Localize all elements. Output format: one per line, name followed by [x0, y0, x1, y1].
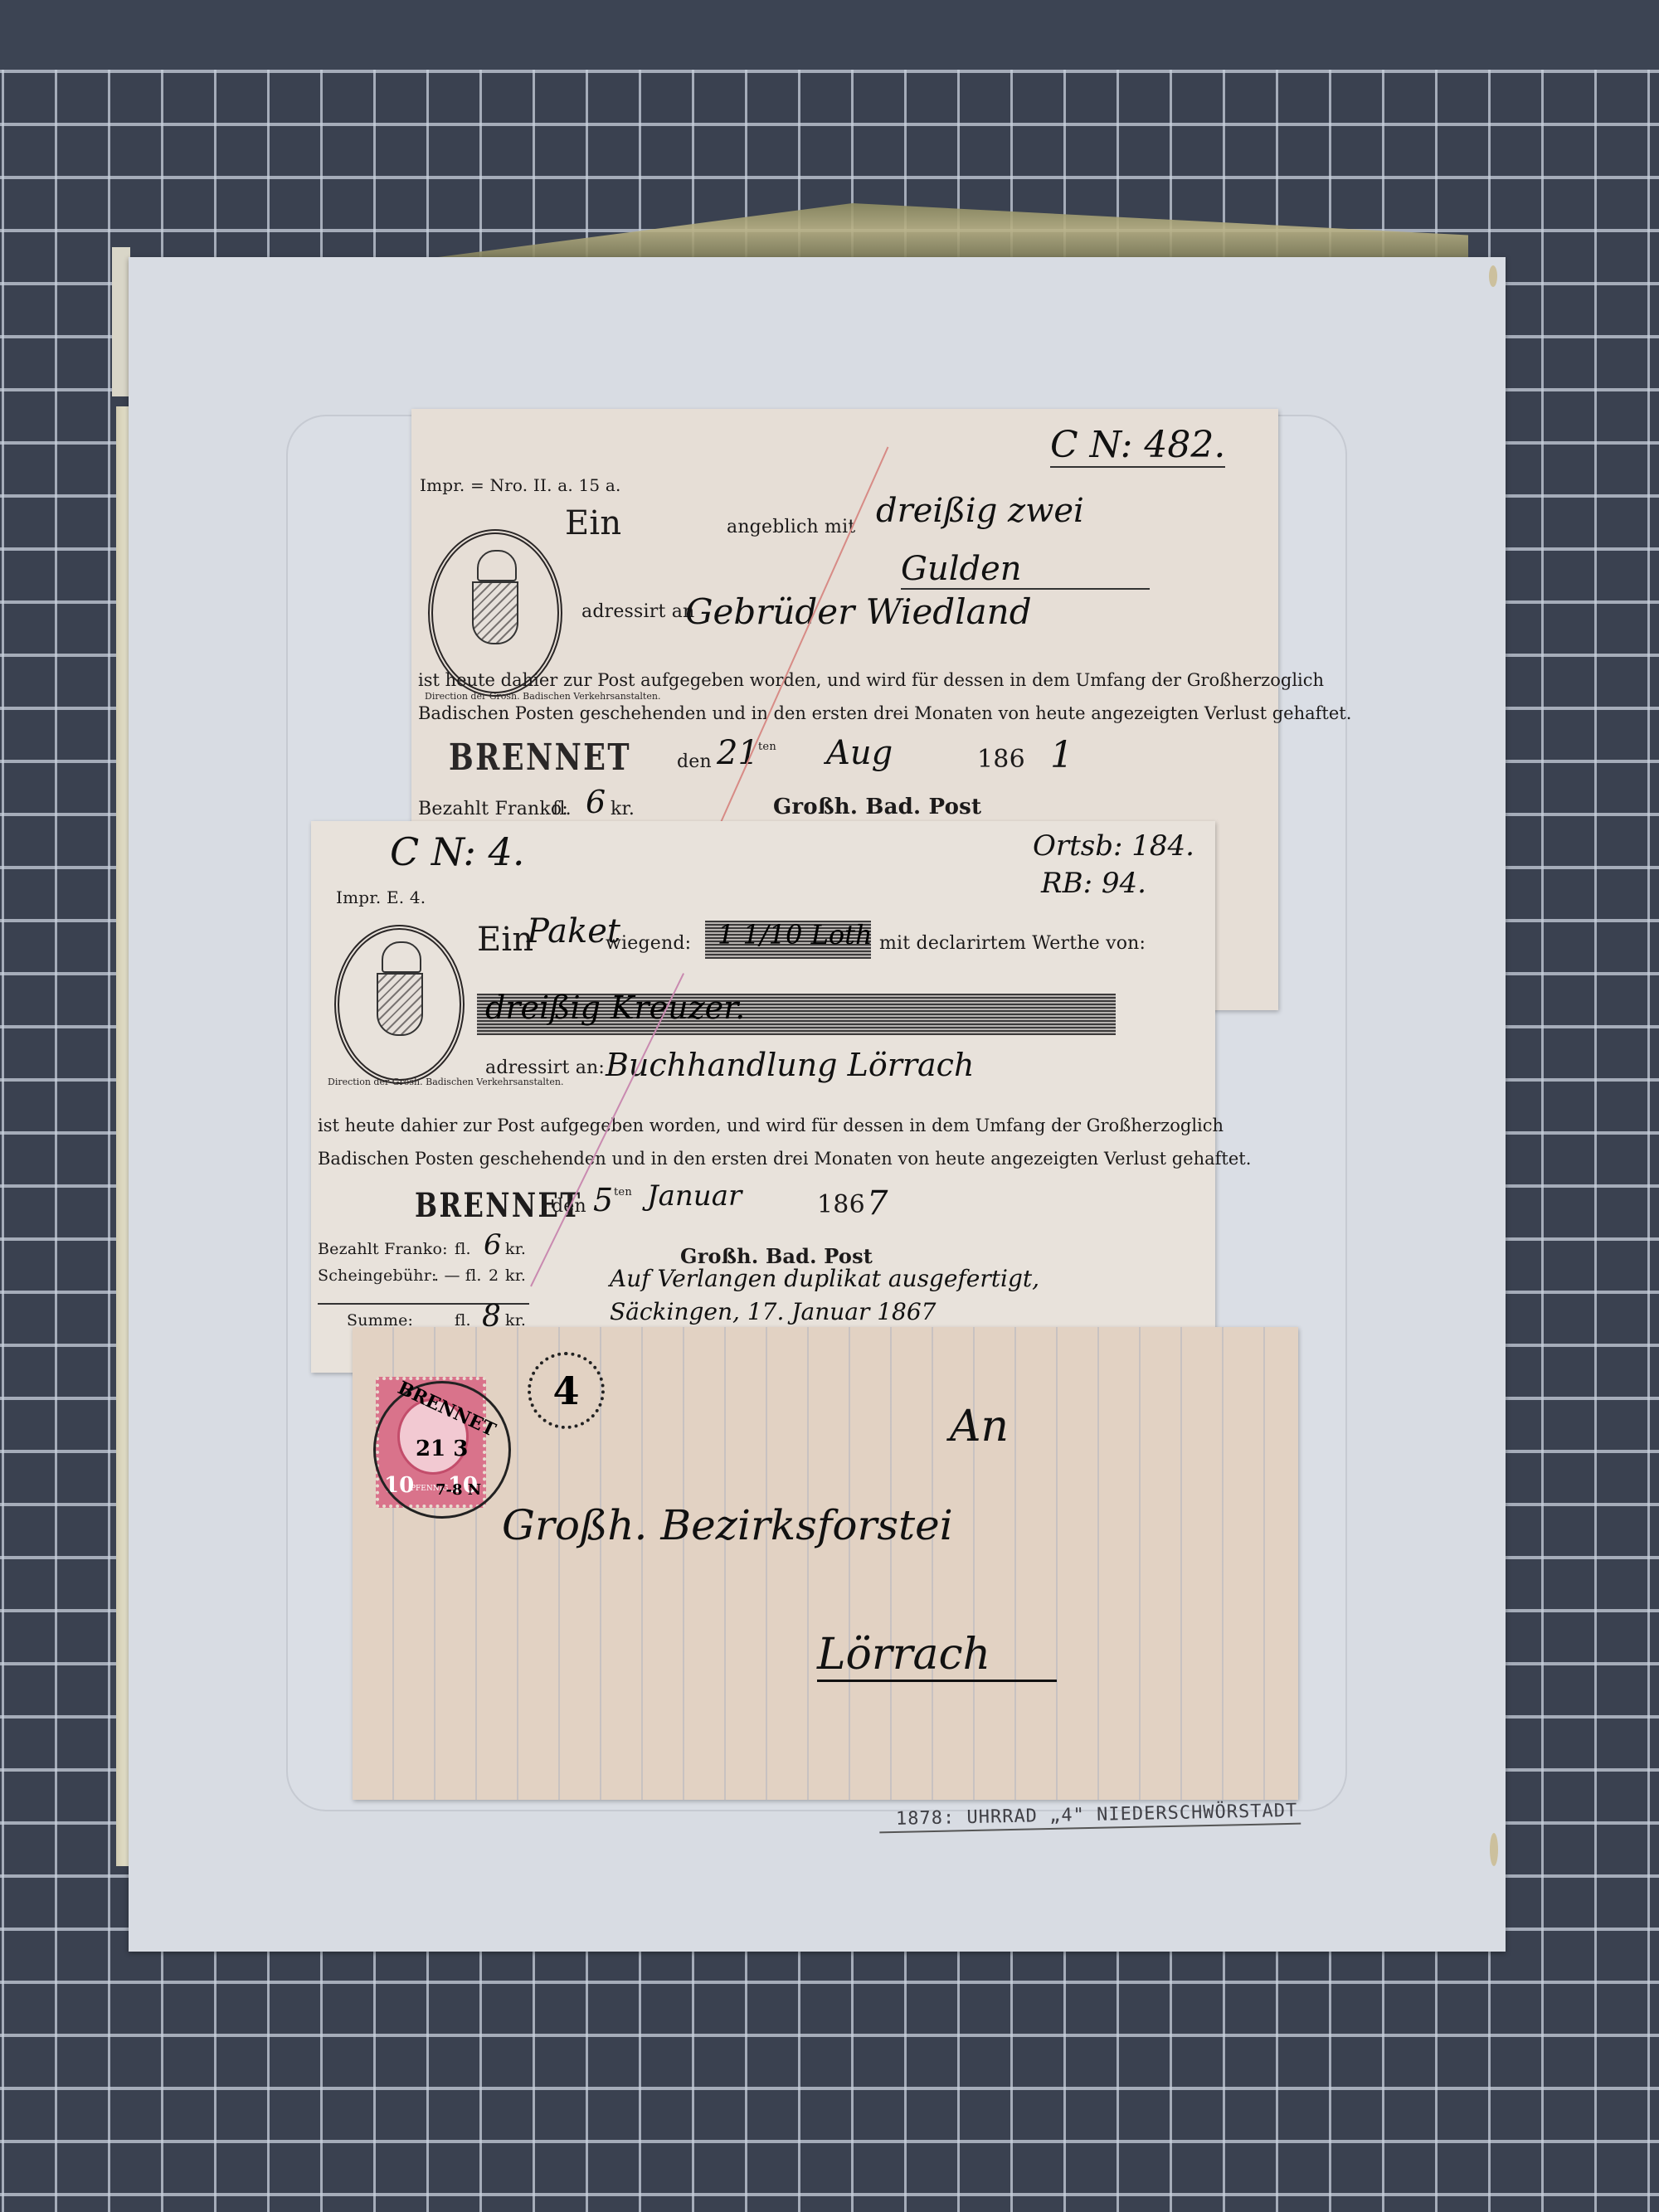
form-code: Impr. = Nro. II. a. 15 a.: [420, 475, 621, 495]
page-stain: [1489, 265, 1497, 287]
body-text-line-1: ist heute dahier zur Post aufgegeben wor…: [318, 1116, 1224, 1135]
catalogue-number: C N: 482.: [1050, 424, 1225, 468]
body-text-line-2: Badischen Posten geschehenden und in den…: [318, 1149, 1251, 1169]
fee-label: Bezahlt Franko:: [418, 799, 568, 819]
handwritten-addressee: Gebrüder Wiedland: [685, 591, 1032, 632]
seal-text: Direction der Grosh. Badischen Verkehrsa…: [328, 1077, 460, 1087]
date-suffix: ten: [614, 1186, 632, 1198]
handwritten-value: dreißig Kreuzer.: [485, 989, 745, 1026]
label-wiegend: wiegend:: [606, 933, 691, 954]
body-text-line-2: Badischen Posten geschehenden und in den…: [418, 703, 1351, 723]
reference-note-2: RB: 94.: [1041, 867, 1146, 900]
date-month: Aug: [826, 734, 893, 772]
circular-date-cancel: BRENNET 21 3 7-8 N: [373, 1381, 511, 1519]
fee-row: Bezahlt Franko: fl. 6 kr.: [318, 1240, 508, 1266]
fee-label: Scheingebühr:: [318, 1266, 437, 1285]
label-declared-value: mit declarirtem Werthe von:: [879, 933, 1146, 954]
fee-kr: kr.: [505, 1266, 526, 1285]
date-suffix: ten: [758, 741, 776, 753]
date-year-handwritten: 7: [867, 1184, 888, 1223]
fee-kr: kr.: [611, 799, 635, 819]
crown-icon: [382, 941, 421, 973]
handwritten-weight: 1 1/10 Loth: [718, 919, 873, 950]
receipt-document-1867: C N: 4. Ortsb: 184. RB: 94. Impr. E. 4. …: [311, 821, 1215, 1373]
label-angeblich: angeblich mit: [727, 517, 855, 537]
page-stain: [1490, 1833, 1498, 1866]
numeral-cancel-4: 4: [528, 1352, 605, 1429]
handwritten-currency: Gulden: [901, 550, 1150, 590]
back-page-edge: [112, 247, 130, 396]
fee-value: 2: [489, 1266, 499, 1285]
date-month: Januar: [647, 1179, 742, 1213]
label-adressirt: adressirt an: [581, 601, 694, 622]
cutting-mat-top: [0, 0, 1659, 70]
red-crayon-strike: [712, 447, 888, 842]
fee-kr: kr.: [505, 1240, 526, 1258]
seal-stamp: [334, 925, 465, 1084]
fee-fl: fl.: [552, 799, 572, 819]
date-year-printed: 186: [977, 745, 1025, 774]
fee-value: 6: [484, 1228, 502, 1262]
fee-fl: fl.: [455, 1240, 471, 1258]
date-prefix: den: [677, 751, 712, 772]
address-line-1: An: [950, 1402, 1009, 1451]
cancel-time: 7-8 N: [435, 1481, 481, 1499]
body-text-line-1: ist heute dahier zur Post aufgegeben wor…: [418, 670, 1324, 690]
handwritten-addressee: Buchhandlung Lörrach: [606, 1047, 974, 1083]
crown-icon: [477, 550, 517, 581]
date-year-handwritten: 1: [1050, 734, 1073, 776]
fee-label: Bezahlt Franko:: [318, 1240, 448, 1258]
fee-table: Bezahlt Franko: fl. 6 kr. Scheingebühr: …: [318, 1240, 508, 1338]
seal-text: Direction der Grosh. Badischen Verkehrsa…: [425, 691, 557, 702]
catalogue-number: C N: 4.: [390, 829, 524, 874]
label-ein: Ein: [477, 921, 533, 959]
date-year-printed: 186: [817, 1190, 865, 1219]
coat-of-arms-icon: [472, 581, 518, 644]
fee-fl: . — fl.: [434, 1266, 482, 1285]
fee-value: 6: [586, 784, 606, 820]
reference-note-1: Ortsb: 184.: [1033, 829, 1194, 863]
handwritten-note-2: Säckingen, 17. Januar 1867: [610, 1298, 937, 1325]
form-code: Impr. E. 4.: [336, 887, 426, 907]
address-line-2: Großh. Bezirksforstei: [502, 1501, 953, 1549]
cover-envelope-1878: An Großh. Bezirksforstei Lörrach: [353, 1327, 1298, 1800]
address-line-3: Lörrach: [817, 1630, 1057, 1682]
post-signature: Großh. Bad. Post: [773, 795, 981, 819]
plastic-sleeve-top: [406, 203, 1468, 261]
date-day: 5: [593, 1182, 613, 1218]
label-ein: Ein: [565, 504, 621, 542]
label-adressirt: adressirt an:: [485, 1057, 605, 1078]
handwritten-amount: dreißig zwei: [876, 492, 1084, 530]
handwritten-note-1: Auf Verlangen duplikat ausgefertigt,: [610, 1265, 1039, 1292]
town-postmark: BRENNET: [449, 737, 631, 779]
coat-of-arms-icon: [377, 973, 423, 1036]
cancel-date: 21 3: [416, 1437, 468, 1461]
